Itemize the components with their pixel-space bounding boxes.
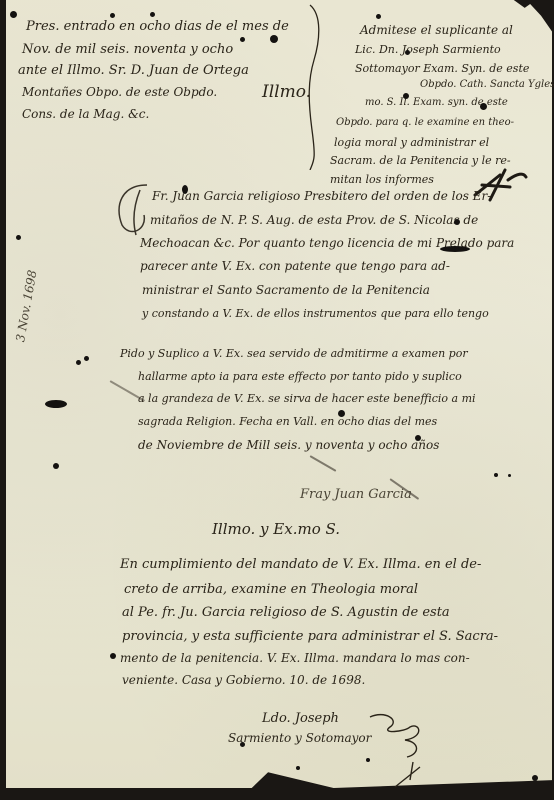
ink-dot — [480, 103, 487, 110]
ink-dot — [508, 474, 511, 477]
decree-line: Admitese el suplicante al — [360, 24, 513, 36]
report-line: creto de arriba, examine en Theologia mo… — [124, 583, 418, 596]
decree-line: Lic. Dn. Joseph Sarmiento — [355, 44, 501, 55]
decree-line: Cons. de la Mag. &c. — [22, 108, 149, 120]
ink-dot — [296, 766, 300, 770]
signature-rubric-icon — [365, 712, 445, 792]
ink-dot — [110, 13, 115, 18]
ink-dot — [76, 360, 81, 365]
petitioner-signature: Fray Juan Garcia — [300, 488, 412, 501]
ink-dot — [415, 435, 421, 441]
ink-dot — [338, 410, 345, 417]
request-line: a la grandeza de V. Ex. se sirva de hace… — [138, 393, 476, 404]
ink-blot — [440, 246, 470, 252]
ink-dot — [532, 775, 538, 781]
decree-line: Obpdo. Cath. Sancta Yglesia — [420, 80, 554, 90]
report-line: al Pe. fr. Ju. Garcia religioso de S. Ag… — [122, 606, 450, 619]
ink-dot — [150, 12, 155, 17]
petition-line: Fr. Juan Garcia religioso Presbitero del… — [152, 190, 491, 202]
ink-dot — [270, 35, 278, 43]
ink-dot — [110, 653, 116, 659]
decree-divider — [300, 0, 330, 170]
report-line: mento de la penitencia. V. Ex. Illma. ma… — [120, 652, 470, 664]
decree-line: Nov. de mil seis. noventa y ocho — [22, 43, 233, 56]
ink-dot — [494, 473, 498, 477]
ink-dot — [405, 50, 410, 55]
report-line: provincia, y esta sufficiente para admin… — [122, 630, 498, 643]
decree-line: Obpdo. para q. le examine en theo- — [336, 118, 514, 128]
ink-blot — [45, 400, 67, 408]
examiner-signature-name: Ldo. Joseph — [262, 712, 339, 725]
request-line: de Noviembre de Mill seis. y noventa y o… — [138, 439, 439, 451]
report-line: veniente. Casa y Gobierno. 10. de 1698. — [122, 674, 365, 686]
report-line: En cumplimiento del mandato de V. Ex. Il… — [120, 558, 481, 571]
report-salutation: Illmo. y Ex.mo S. — [212, 522, 340, 537]
ink-dot — [366, 758, 370, 762]
request-line: hallarme apto ia para este effecto por t… — [138, 371, 462, 382]
petition-line: y constando a V. Ex. de ellos instrument… — [142, 308, 489, 319]
ink-dot — [16, 235, 21, 240]
ink-dot — [240, 742, 245, 747]
ink-dot — [182, 185, 188, 194]
ink-dot — [403, 93, 409, 99]
decree-line: logia moral y administrar el — [334, 137, 489, 148]
ink-dot — [84, 356, 89, 361]
decree-line: Pres. entrado en ocho dias de el mes de — [26, 20, 289, 33]
ink-dot — [53, 463, 59, 469]
petition-line: parecer ante V. Ex. con patente que teng… — [140, 260, 450, 272]
decree-line: Montañes Obpo. de este Obpdo. — [22, 86, 217, 98]
decree-line: mitan los informes — [330, 174, 434, 185]
ink-dot — [10, 11, 17, 18]
ink-dot — [240, 37, 245, 42]
decree-line: ante el Illmo. Sr. D. Juan de Ortega — [18, 64, 249, 77]
request-line: Pido y Suplico a V. Ex. sea servido de a… — [120, 348, 468, 359]
decree-line: Sottomayor Exam. Syn. de este — [355, 63, 529, 74]
petition-line: mitaños de N. P. S. Aug. de esta Prov. d… — [150, 214, 478, 226]
ink-dot — [376, 14, 381, 19]
examiner-signature-surname: Sarmiento y Sotomayor — [228, 732, 371, 744]
petition-line: ministrar el Santo Sacramento de la Peni… — [142, 284, 430, 296]
ink-dot — [454, 219, 460, 225]
request-line: sagrada Religion. Fecha en Vall. en ocho… — [138, 416, 437, 427]
